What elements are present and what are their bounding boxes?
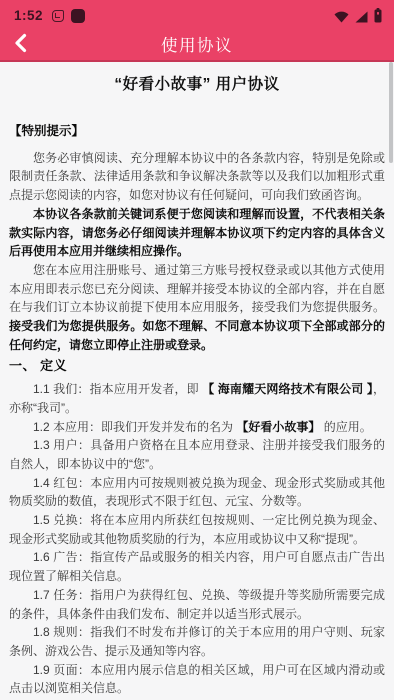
paragraph: 【特别提示】 (9, 122, 385, 141)
wifi-icon (334, 11, 349, 23)
scrollbar-thumb[interactable] (389, 62, 393, 163)
back-chevron-icon (14, 33, 27, 53)
paragraph: 1.8 规则：指我们不时发布并修订的关于本应用的用户守则、玩家条例、游戏公告、提… (9, 623, 385, 660)
battery-icon (374, 8, 382, 23)
header: 1:52 使用协议 (0, 0, 394, 62)
alarm-icon (52, 10, 64, 22)
page-title: 使用协议 (161, 32, 233, 56)
paragraph: 1.7 任务：指用户为获得红包、兑换、等级提升等奖励所需要完成的条件，具体条件由… (9, 586, 385, 623)
paragraph: 您务必审慎阅读、充分理解本协议中的各条款内容，特别是免除或限制责任条款、法律适用… (9, 149, 385, 205)
status-bar: 1:52 (0, 0, 394, 26)
paragraph: 1.5 兑换：将在本应用内所获红包按规则、一定比例兑换为现金、现金形式奖励或其他… (9, 511, 385, 548)
paragraph: 1.2 本应用：即我们开发并发布的名为 【好看小故事】 的应用。 (9, 418, 385, 437)
paragraph: 本协议各条款前关键词系便于您阅读和理解而设置，不代表相关条款实际内容，请您务必仔… (9, 205, 385, 261)
status-right-icons (334, 8, 382, 23)
app-bar: 使用协议 (0, 26, 394, 62)
paragraph: 1.4 红包：本应用内可按规则被兑换为现金、现金形式奖励或其他物质奖励的数值，表… (9, 474, 385, 511)
document-body: 【特别提示】您务必审慎阅读、充分理解本协议中的各条款内容，特别是免除或限制责任条… (9, 122, 385, 698)
paragraph: 1.1 我们：指本应用开发者，即 【 海南耀天网络技术有限公司 】，亦称“我司”… (9, 380, 385, 417)
paragraph: 1.3 用户：具备用户资格在且本应用登录、注册并接受我们服务的自然人，即本协议中… (9, 436, 385, 473)
paragraph: 您在本应用注册账号、通过第三方账号授权登录或以其他方式使用本应用即表示您已充分阅… (9, 261, 385, 355)
back-button[interactable] (6, 26, 35, 60)
paragraph: 1.9 页面：本应用内展示信息的相关区域，用户可在区域内滑动或点击以浏览相关信息… (9, 661, 385, 698)
status-left-icons (52, 9, 85, 23)
paragraph: 1.6 广告：指宣传产品或服务的相关内容，用户可自愿点击广告出现位置了解相关信息… (9, 548, 385, 585)
paragraph: 一、 定义 (9, 357, 385, 376)
app-notification-icon (71, 9, 85, 23)
signal-icon (355, 11, 368, 23)
agreement-scroll-area[interactable]: “好看小故事” 用户协议 【特别提示】您务必审慎阅读、充分理解本协议中的各条款内… (0, 62, 394, 700)
document-title: “好看小故事” 用户协议 (9, 74, 385, 96)
status-time: 1:52 (14, 8, 43, 23)
